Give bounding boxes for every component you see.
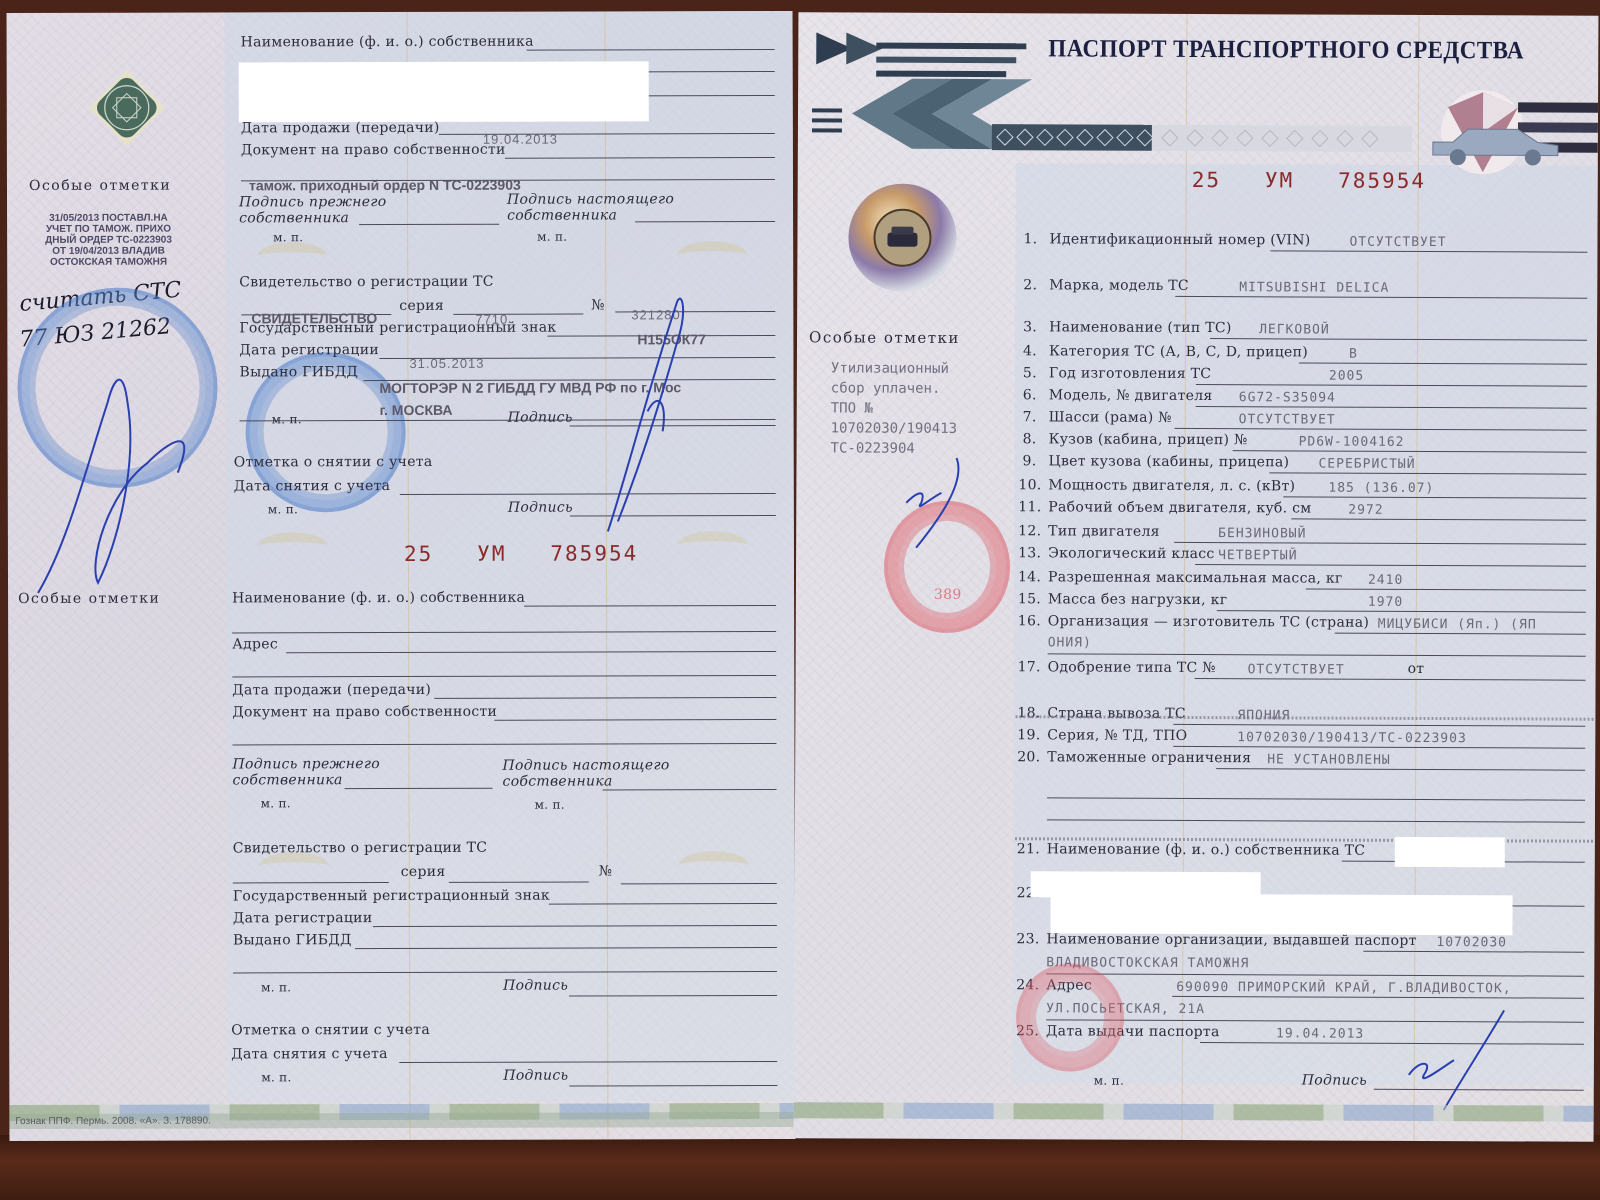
plate-label: Государственный регистрационный знак: [239, 320, 556, 337]
field-label: Цвет кузова (кабины, прицепа): [1048, 453, 1289, 470]
field-label: Марка, модель ТС: [1049, 277, 1189, 294]
series-label: серия: [401, 864, 446, 880]
seal-place: м. п.: [261, 1070, 291, 1084]
printer-imprint: Гознак ППФ. Пермь. 2008. «А». З. 178890.: [9, 1112, 795, 1129]
field-label: Экологический класс: [1048, 545, 1215, 562]
field-number: 2.: [1023, 277, 1037, 293]
deregistration-label: Отметка о снятии с учета: [234, 454, 433, 471]
series-label: серия: [399, 298, 444, 314]
signature-scribble: [896, 453, 1016, 554]
field-label: Кузов (кабина, прицеп) №: [1049, 431, 1248, 448]
field-label: Разрешенная максимальная масса, кг: [1048, 569, 1343, 586]
reg-date-label: Дата регистрации: [239, 342, 379, 358]
field-label: Наименование (ф. и. о.) собственника ТС: [1047, 841, 1366, 858]
issued-by-city: г. МОСКВА: [380, 402, 453, 418]
field-number: 4.: [1023, 343, 1037, 359]
seal-place: м. п.: [268, 502, 298, 516]
number-label: №: [599, 863, 613, 879]
field-number: 21.: [1017, 841, 1040, 857]
field-value: ОТСУТСТВУЕТ: [1239, 412, 1336, 427]
plate-label: Государственный регистрационный знак: [233, 888, 550, 905]
field-value: MITSUBISHI DELICA: [1239, 280, 1389, 296]
ownership-doc-value: тамож. приходный ордер N ТС-0223903: [249, 177, 521, 194]
security-band: [794, 1102, 1594, 1121]
reg-date-label: Дата регистрации: [233, 910, 373, 926]
prev-owner-sign-label: Подпись прежнего: [239, 194, 386, 210]
customs-stamp: [1016, 963, 1124, 1071]
reg-cert-label: Свидетельство о регистрации ТС: [239, 274, 494, 291]
field-number: 19.: [1017, 727, 1040, 743]
customs-stamp-number: 389: [934, 587, 962, 603]
reg-cert-label: Свидетельство о регистрации ТС: [233, 840, 488, 857]
signature-label: Подпись: [503, 1068, 568, 1084]
field-value: 10702030/190413/ТС-0223903: [1237, 730, 1467, 746]
ownership-doc-label: Документ на право собственности: [241, 142, 506, 159]
seal-place: м. п.: [537, 230, 567, 244]
field-number: 15.: [1018, 591, 1041, 607]
signature-label: Подпись: [503, 978, 568, 994]
field-label: Организация — изготовитель ТС (страна): [1048, 613, 1369, 630]
field-number: 8.: [1023, 431, 1037, 447]
curr-owner-sign-label: Подпись настоящего: [502, 757, 669, 773]
field-value: 6G72-S35094: [1239, 390, 1336, 405]
seal-place: м. п.: [1094, 1074, 1124, 1088]
field-number: 12.: [1018, 523, 1041, 539]
field-value: БЕНЗИНОВЫЙ: [1218, 526, 1306, 541]
field-value: 1970: [1368, 595, 1403, 610]
field-label: Категория ТС (A, B, C, D, прицеп): [1049, 343, 1308, 360]
recycling-fee-note: Утилизационный сбор уплачен. ТПО № 10702…: [831, 358, 958, 459]
signature-scribble: [27, 342, 228, 603]
emblem-icon: [87, 68, 167, 148]
field-number: 7.: [1023, 409, 1037, 425]
field-label: Шасси (рама) №: [1049, 409, 1172, 426]
signature-scribble: [587, 291, 708, 541]
field-number: 14.: [1018, 569, 1041, 585]
field-value: 2410: [1368, 573, 1403, 588]
curr-owner-sign-label-2: собственника: [503, 773, 613, 789]
field-value: МИЦУБИСИ (Яп.) (ЯП: [1378, 617, 1537, 633]
field-value: СЕРЕБРИСТЫЙ: [1318, 457, 1415, 472]
reg-date-value: 31.05.2013: [409, 356, 484, 371]
field-label: Тип двигателя: [1048, 523, 1160, 539]
redacted-address: [1050, 893, 1512, 935]
field-number: 3.: [1023, 319, 1037, 335]
field-value: B: [1349, 347, 1358, 362]
field-number: 10.: [1018, 477, 1041, 493]
field-label: Таможенные ограничения: [1047, 749, 1251, 766]
field-label: Модель, № двигателя: [1049, 387, 1213, 404]
seal-place: м. п.: [261, 980, 291, 994]
car-emblem-icon: [1428, 87, 1598, 178]
field-value: ЛЕГКОВОЙ: [1259, 322, 1330, 337]
field-number: 13.: [1018, 545, 1041, 561]
field-value: ОТСУТСТВУЕТ: [1349, 235, 1446, 250]
curr-owner-sign-label: Подпись настоящего: [507, 191, 674, 207]
deregistration-date-label: Дата снятия с учета: [231, 1046, 388, 1062]
issued-by-label: Выдано ГИБДД: [239, 364, 358, 380]
field-label: Одобрение типа ТС №: [1048, 659, 1216, 676]
issued-by-label: Выдано ГИБДД: [233, 932, 352, 948]
signature-scribble: [1394, 1005, 1514, 1116]
seal-place: м. п.: [273, 230, 303, 244]
field-number: 23.: [1016, 931, 1039, 947]
vehicle-fields: 1.Идентификационный номер (VIN)ОТСУТСТВУ…: [798, 12, 1598, 15]
field-label: Страна вывоза ТС: [1047, 705, 1186, 722]
document-title: ПАСПОРТ ТРАНСПОРТНОГО СРЕДСТВА: [1048, 35, 1524, 65]
seal-place: м. п.: [261, 796, 291, 810]
field-label: Наименование (тип ТС): [1049, 319, 1232, 336]
redacted-owner-name: [239, 61, 649, 122]
field-label: Серия, № ТД, ТПО: [1047, 727, 1187, 744]
field-value-continued: ОНИЯ): [1048, 635, 1092, 650]
field-suffix: от: [1408, 661, 1425, 677]
curr-owner-sign-label-2: собственника: [507, 207, 617, 223]
sale-date-label: Дата продажи (передачи): [232, 682, 431, 699]
field-value: 2972: [1348, 503, 1383, 518]
field-label: Идентификационный номер (VIN): [1049, 231, 1310, 248]
left-page: Особые отметки 31/05/2013 ПОСТАВЛ.НА УЧЕ…: [7, 11, 796, 1141]
field-number: 16.: [1018, 613, 1041, 629]
field-value: ЧЕТВЕРТЫЙ: [1218, 548, 1298, 563]
field-number: 20.: [1017, 749, 1040, 765]
special-marks-label: Особые отметки: [809, 328, 960, 347]
owner-name-label: Наименование (ф. и. о.) собственника: [241, 34, 534, 51]
field-number: 18.: [1017, 705, 1040, 721]
field-label: Рабочий объем двигателя, куб. см: [1048, 499, 1311, 516]
hologram-seal-icon: [847, 182, 957, 292]
address-label: Адрес: [232, 636, 278, 652]
customs-registration-note: 31/05/2013 ПОСТАВЛ.НА УЧЕТ ПО ТАМОЖ. ПРИ…: [45, 213, 172, 268]
field-value: НЕ УСТАНОВЛЕНЫ: [1267, 752, 1391, 768]
signature-label: Подпись: [508, 410, 573, 426]
field-number: 5.: [1023, 365, 1037, 381]
field-label: Мощность двигателя, л. с. (кВт): [1048, 477, 1295, 494]
field-value: ОТСУТСТВУЕТ: [1248, 662, 1345, 677]
redacted-owner-name: [1395, 837, 1505, 867]
field-value: 2005: [1329, 369, 1364, 384]
field-value: 10702030: [1436, 935, 1507, 950]
serial-number: 25 УМ 785954: [1192, 168, 1426, 193]
signature-label: Подпись: [508, 500, 573, 516]
seal-place: м. п.: [272, 412, 302, 426]
right-page: ПАСПОРТ ТРАНСПОРТНОГО СРЕДСТВА 25 УМ 785…: [794, 12, 1599, 1141]
deregistration-label: Отметка о снятии с учета: [231, 1022, 430, 1039]
field-number: 9.: [1022, 453, 1036, 469]
field-value: PD6W-1004162: [1299, 434, 1405, 449]
serial-number: 25 УМ 785954: [404, 541, 638, 566]
ownership-doc-label: Документ на право собственности: [232, 704, 497, 721]
field-number: 11.: [1018, 499, 1041, 515]
owner-name-label: Наименование (ф. и. о.) собственника: [232, 590, 525, 607]
field-number: 6.: [1023, 387, 1037, 403]
field-value: 185 (136.07): [1328, 481, 1434, 496]
sale-date-label: Дата продажи (передачи): [241, 120, 440, 137]
field-number: 17.: [1018, 659, 1041, 675]
deregistration-date-label: Дата снятия с учета: [234, 478, 391, 494]
field-value: 690090 ПРИМОРСКИЙ КРАЙ, Г.ВЛАДИВОСТОК,: [1176, 980, 1511, 996]
table-surface: [0, 1135, 1600, 1200]
field-label: Год изготовления ТС: [1049, 365, 1212, 382]
seal-place: м. п.: [535, 798, 565, 812]
field-number: 1.: [1023, 231, 1037, 247]
field-label: Масса без нагрузки, кг: [1048, 591, 1228, 608]
prev-owner-sign-label: Подпись прежнего: [232, 756, 379, 772]
field-value: 19.04.2013: [1276, 1026, 1364, 1041]
special-marks-label: Особые отметки: [29, 178, 171, 194]
prev-owner-sign-label-2: собственника: [239, 210, 349, 226]
signature-label: Подпись: [1302, 1072, 1367, 1088]
prev-owner-sign-label-2: собственника: [233, 772, 343, 788]
